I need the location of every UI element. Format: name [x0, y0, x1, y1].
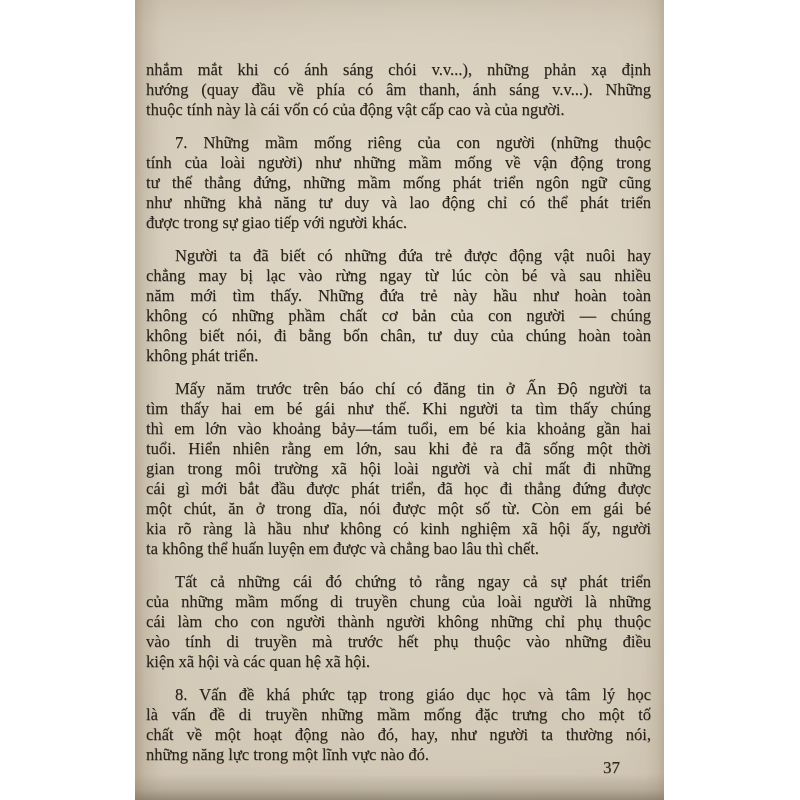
text-line: hướng (quay đầu về phía có âm thanh, ánh…	[146, 80, 651, 100]
text-line: tìm thấy hai em bé gái như thế. Khi ngườ…	[146, 399, 651, 419]
text-line: là vấn đề di truyền những mầm mống đặc t…	[146, 705, 651, 725]
text-line: Tất cả những cái đó chứng tỏ rằng ngay c…	[146, 572, 651, 592]
paragraph: 7. Những mầm mống riêng của con người (n…	[146, 133, 651, 233]
text-line: vào tính di truyền mà trước hết phụ thuộ…	[146, 632, 651, 652]
page-number: 37	[603, 758, 620, 778]
text-line: kia rõ ràng là hầu như không có kinh ngh…	[146, 519, 651, 539]
text-line: Người ta đã biết có những đứa trẻ được đ…	[146, 246, 651, 266]
page-text-block: nhắm mắt khi có ánh sáng chói v.v...), n…	[146, 60, 651, 765]
text-line: chẳng may bị lạc vào rừng ngay từ lúc cò…	[146, 266, 651, 286]
text-line: của những mầm mống di truyền chung của l…	[146, 592, 651, 612]
paragraph: 8. Vấn đề khá phức tạp trong giáo dục họ…	[146, 685, 651, 765]
book-page: nhắm mắt khi có ánh sáng chói v.v...), n…	[135, 0, 664, 800]
text-line: tư thế thẳng đứng, những mầm mống phát t…	[146, 173, 651, 193]
text-line: ta không thể huấn luyện em được và chẳng…	[146, 539, 651, 559]
text-line: không biết nói, đi bằng bốn chân, tư duy…	[146, 326, 651, 346]
text-line: được trong sự giao tiếp với người khác.	[146, 213, 651, 233]
text-line: cái gì mới bắt đầu được phát triển, đã h…	[146, 479, 651, 499]
text-line: 8. Vấn đề khá phức tạp trong giáo dục họ…	[146, 685, 651, 705]
text-line: thuộc tính này là cái vốn có của động vậ…	[146, 100, 651, 120]
text-line: Mấy năm trước trên báo chí có đăng tin ở…	[146, 379, 651, 399]
text-line: như những khả năng tư duy và lao động ch…	[146, 193, 651, 213]
text-line: những năng lực trong một lĩnh vực nào đó…	[146, 745, 651, 765]
text-line: chất về một hoạt động nào đó, hay, như n…	[146, 725, 651, 745]
paragraph: Tất cả những cái đó chứng tỏ rằng ngay c…	[146, 572, 651, 672]
text-line: gian trong môi trường xã hội loài người …	[146, 459, 651, 479]
text-line: 7. Những mầm mống riêng của con người (n…	[146, 133, 651, 153]
text-line: thì em lớn vào khoảng bảy—tám tuổi, em b…	[146, 419, 651, 439]
text-line: năm mới tìm thấy. Những đứa trẻ này hầu …	[146, 286, 651, 306]
text-line: một chút, ăn ở trong dĩa, nói được một s…	[146, 499, 651, 519]
text-line: không có những phầm chất cơ bản của con …	[146, 306, 651, 326]
text-line: cái làm cho con người thành người không …	[146, 612, 651, 632]
paragraph: nhắm mắt khi có ánh sáng chói v.v...), n…	[146, 60, 651, 120]
paragraph: Mấy năm trước trên báo chí có đăng tin ở…	[146, 379, 651, 559]
text-line: không phát triển.	[146, 346, 651, 366]
text-line: nhắm mắt khi có ánh sáng chói v.v...), n…	[146, 60, 651, 80]
paragraph: Người ta đã biết có những đứa trẻ được đ…	[146, 246, 651, 366]
text-line: tính của loài người) như những mầm mống …	[146, 153, 651, 173]
text-line: tuổi. Hiển nhiên rằng em lớn, sau khi đẻ…	[146, 439, 651, 459]
text-line: kiện xã hội và các quan hệ xã hội.	[146, 652, 651, 672]
